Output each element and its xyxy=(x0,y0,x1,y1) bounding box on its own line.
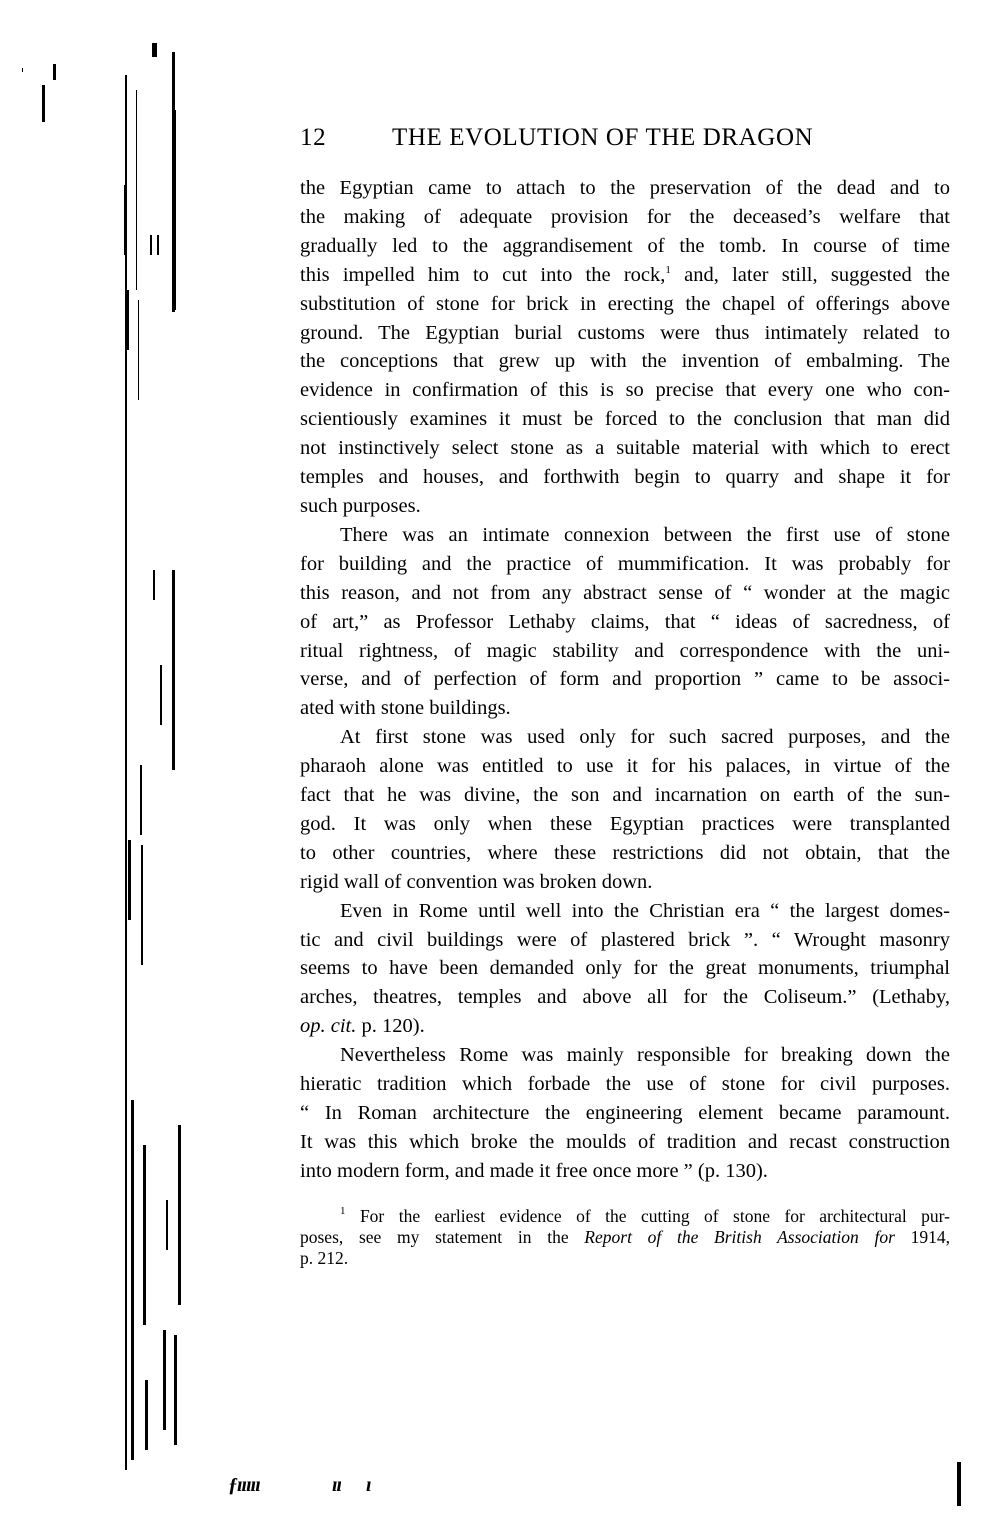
text-line: the making of adequate provision for the… xyxy=(300,203,950,232)
text-line-citation: op. cit. p. 120). xyxy=(300,1012,950,1041)
scan-line xyxy=(143,1145,146,1325)
text-line: the conceptions that grew up with the in… xyxy=(300,347,950,376)
text-line: to other countries, where these restrict… xyxy=(300,839,950,868)
scan-mark xyxy=(53,64,56,80)
text-segment: this impelled him to cut into the rock, xyxy=(300,264,665,286)
footnote: 1 For the earliest evidence of the cutti… xyxy=(300,1206,950,1269)
scan-mark xyxy=(152,43,157,57)
running-title: THE EVOLUTION OF THE DRAGON xyxy=(392,124,813,152)
scan-edge-mark xyxy=(957,1462,961,1506)
italic-citation: op. cit. xyxy=(300,1015,356,1037)
text-segment: poses, see my statement in the xyxy=(300,1227,584,1247)
text-line: verse, and of perfection of form and pro… xyxy=(300,665,950,694)
scan-line xyxy=(153,570,155,600)
paragraph: the Egyptian came to attach to the prese… xyxy=(300,174,950,521)
text-line: the Egyptian came to attach to the prese… xyxy=(300,174,950,203)
text-line: There was an intimate connexion between … xyxy=(300,521,950,550)
scan-line xyxy=(175,110,176,310)
scan-line xyxy=(126,290,129,350)
text-line: into modern form, and made it free once … xyxy=(300,1157,950,1186)
text-line: ated with stone buildings. xyxy=(300,694,950,723)
text-line: rigid wall of convention was broken down… xyxy=(300,868,950,897)
scan-line xyxy=(136,90,137,290)
text-line: scientiously examines it must be forced … xyxy=(300,405,950,434)
scan-line xyxy=(128,840,131,920)
footnote-line: poses, see my statement in the Report of… xyxy=(300,1227,950,1248)
text-line: fact that he was divine, the son and inc… xyxy=(300,781,950,810)
text-line: evidence in confirmation of this is so p… xyxy=(300,376,950,405)
text-line: tic and civil buildings were of plastere… xyxy=(300,926,950,955)
text-segment: For the earliest evidence of the cutting… xyxy=(346,1206,951,1226)
text-line: this reason, and not from any abstract s… xyxy=(300,579,950,608)
running-header: 12 THE EVOLUTION OF THE DRAGON xyxy=(300,124,960,160)
text-line: of art,” as Professor Lethaby claims, th… xyxy=(300,608,950,637)
text-line: substitution of stone for brick in erect… xyxy=(300,290,950,319)
scan-line xyxy=(166,1200,168,1250)
scan-mark-text: ıı xyxy=(332,1474,341,1497)
text-line-with-footnote: this impelled him to cut into the rock,1… xyxy=(300,261,950,290)
paragraph: Even in Rome until well into the Christi… xyxy=(300,897,950,1042)
footnote-line: p. 212. xyxy=(300,1248,950,1269)
scan-line xyxy=(141,845,143,965)
text-line: ritual rightness, of magic stability and… xyxy=(300,637,950,666)
body-text: the Egyptian came to attach to the prese… xyxy=(300,174,950,1186)
text-line: pharaoh alone was entitled to use it for… xyxy=(300,752,950,781)
footnote-line: 1 For the earliest evidence of the cutti… xyxy=(300,1206,950,1227)
paragraph: At first stone was used only for such sa… xyxy=(300,723,950,896)
scanned-book-page: 12 THE EVOLUTION OF THE DRAGON the Egypt… xyxy=(0,0,1003,1528)
scan-mark-text: ı xyxy=(366,1474,371,1497)
scan-mark xyxy=(42,85,45,122)
page-number: 12 xyxy=(300,124,326,152)
text-line: seems to have been demanded only for the… xyxy=(300,954,950,983)
text-line: not instinctively select stone as a suit… xyxy=(300,434,950,463)
scan-line xyxy=(163,1330,166,1430)
scan-line xyxy=(138,300,139,400)
text-line: for building and the practice of mummifi… xyxy=(300,550,950,579)
scan-line xyxy=(131,1100,134,1460)
scan-line xyxy=(125,75,127,1470)
scan-line xyxy=(150,235,152,255)
text-line: “ In Roman architecture the engineering … xyxy=(300,1099,950,1128)
text-segment: 1914, xyxy=(895,1227,950,1247)
scan-line xyxy=(157,235,159,255)
text-line: ground. The Egyptian burial customs were… xyxy=(300,319,950,348)
text-segment: and, later still, suggested the xyxy=(671,264,950,286)
text-line: At first stone was used only for such sa… xyxy=(300,723,950,752)
text-line: Nevertheless Rome was mainly responsible… xyxy=(300,1041,950,1070)
paragraph: Nevertheless Rome was mainly responsible… xyxy=(300,1041,950,1186)
text-line: such purposes. xyxy=(300,492,950,521)
scan-line xyxy=(160,665,162,725)
scan-line xyxy=(178,1125,181,1305)
italic-title: Report of the British Association for xyxy=(584,1227,895,1247)
scan-mark xyxy=(22,68,23,72)
scan-line xyxy=(172,570,175,770)
text-line: Even in Rome until well into the Christi… xyxy=(300,897,950,926)
scan-line xyxy=(140,765,142,835)
text-line: hieratic tradition which forbade the use… xyxy=(300,1070,950,1099)
scan-line xyxy=(174,1335,177,1445)
text-line: god. It was only when these Egyptian pra… xyxy=(300,810,950,839)
text-line: arches, theatres, temples and above all … xyxy=(300,983,950,1012)
scan-line xyxy=(124,185,127,255)
scan-mark-text: ƒııııı xyxy=(228,1474,260,1497)
paragraph: There was an intimate connexion between … xyxy=(300,521,950,723)
text-segment: p. 120). xyxy=(356,1015,424,1037)
text-line: gradually led to the aggrandisement of t… xyxy=(300,232,950,261)
text-line: It was this which broke the moulds of tr… xyxy=(300,1128,950,1157)
scan-margin-artifacts xyxy=(0,0,200,1528)
text-line: temples and houses, and forthwith begin … xyxy=(300,463,950,492)
scan-line xyxy=(145,1380,148,1450)
